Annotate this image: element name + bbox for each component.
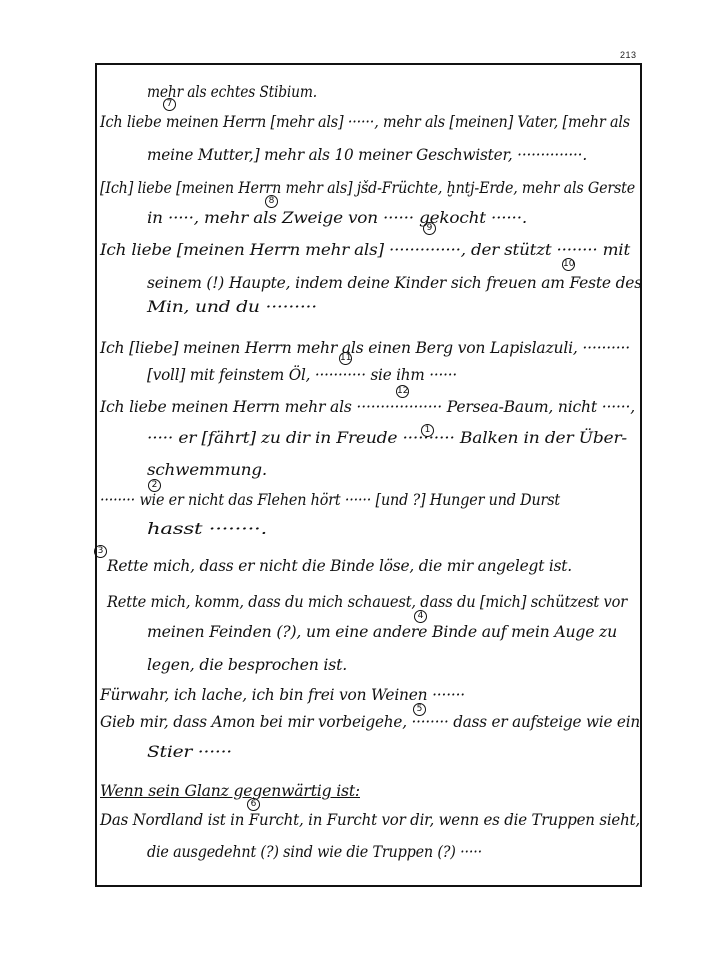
text-line: die ausgedehnt (?) sind wie die Truppen … <box>147 842 482 862</box>
text-line: schwemmung. <box>147 460 267 480</box>
footnote-marker: 4 <box>414 610 427 623</box>
text-line: [Ich] liebe [meinen Herrn mehr als] jšd-… <box>100 178 635 198</box>
text-line: Stier ······ <box>147 742 232 762</box>
footnote-marker: 2 <box>148 479 161 492</box>
text-line: [voll] mit feinstem Öl, ··········· sie … <box>147 365 457 385</box>
text-line: ········ wie er nicht das Flehen hört ··… <box>100 490 560 510</box>
page-number: 213 <box>620 50 637 60</box>
text-line: Min, und du ········· <box>147 297 317 317</box>
text-line: Ich liebe [meinen Herrn mehr als] ······… <box>100 240 630 260</box>
footnote-marker: 10 <box>562 258 575 271</box>
text-line: Fürwahr, ich lache, ich bin frei von Wei… <box>100 685 465 705</box>
text-line: Ich liebe meinen Herrn mehr als ········… <box>100 397 635 417</box>
footnote-marker: 3 <box>94 545 107 558</box>
footnote-marker: 12 <box>396 385 409 398</box>
footnote-marker: 7 <box>163 98 176 111</box>
footnote-marker: 6 <box>247 798 260 811</box>
footnote-marker: 8 <box>265 195 278 208</box>
text-line: Gieb mir, dass Amon bei mir vorbeigehe, … <box>100 712 640 732</box>
section-heading: Wenn sein Glanz gegenwärtig ist: <box>100 781 360 801</box>
text-line: Ich liebe meinen Herrn [mehr als] ······… <box>100 112 630 132</box>
footnote-marker: 1 <box>421 424 434 437</box>
footnote-marker: 5 <box>413 703 426 716</box>
text-line: Rette mich, komm, dass du mich schauest,… <box>107 592 627 612</box>
footnote-marker: 11 <box>339 352 352 365</box>
footnote-marker: 9 <box>423 222 436 235</box>
text-line: Das Nordland ist in Furcht, in Furcht vo… <box>100 810 640 830</box>
text-line: in ·····, mehr als Zweige von ······ gek… <box>147 208 527 228</box>
text-line: Ich [liebe] meinen Herrn mehr als einen … <box>100 338 630 358</box>
text-line: ····· er [fährt] zu dir in Freude ······… <box>147 428 627 448</box>
text-line: Rette mich, dass er nicht die Binde löse… <box>107 556 572 576</box>
text-line: legen, die besprochen ist. <box>147 655 347 675</box>
text-line: seinem (!) Haupte, indem deine Kinder si… <box>147 273 642 293</box>
text-line: hasst ········. <box>147 519 267 539</box>
text-line: meine Mutter,] mehr als 10 meiner Geschw… <box>147 145 587 165</box>
text-line: meinen Feinden (?), um eine andere Binde… <box>147 622 617 642</box>
